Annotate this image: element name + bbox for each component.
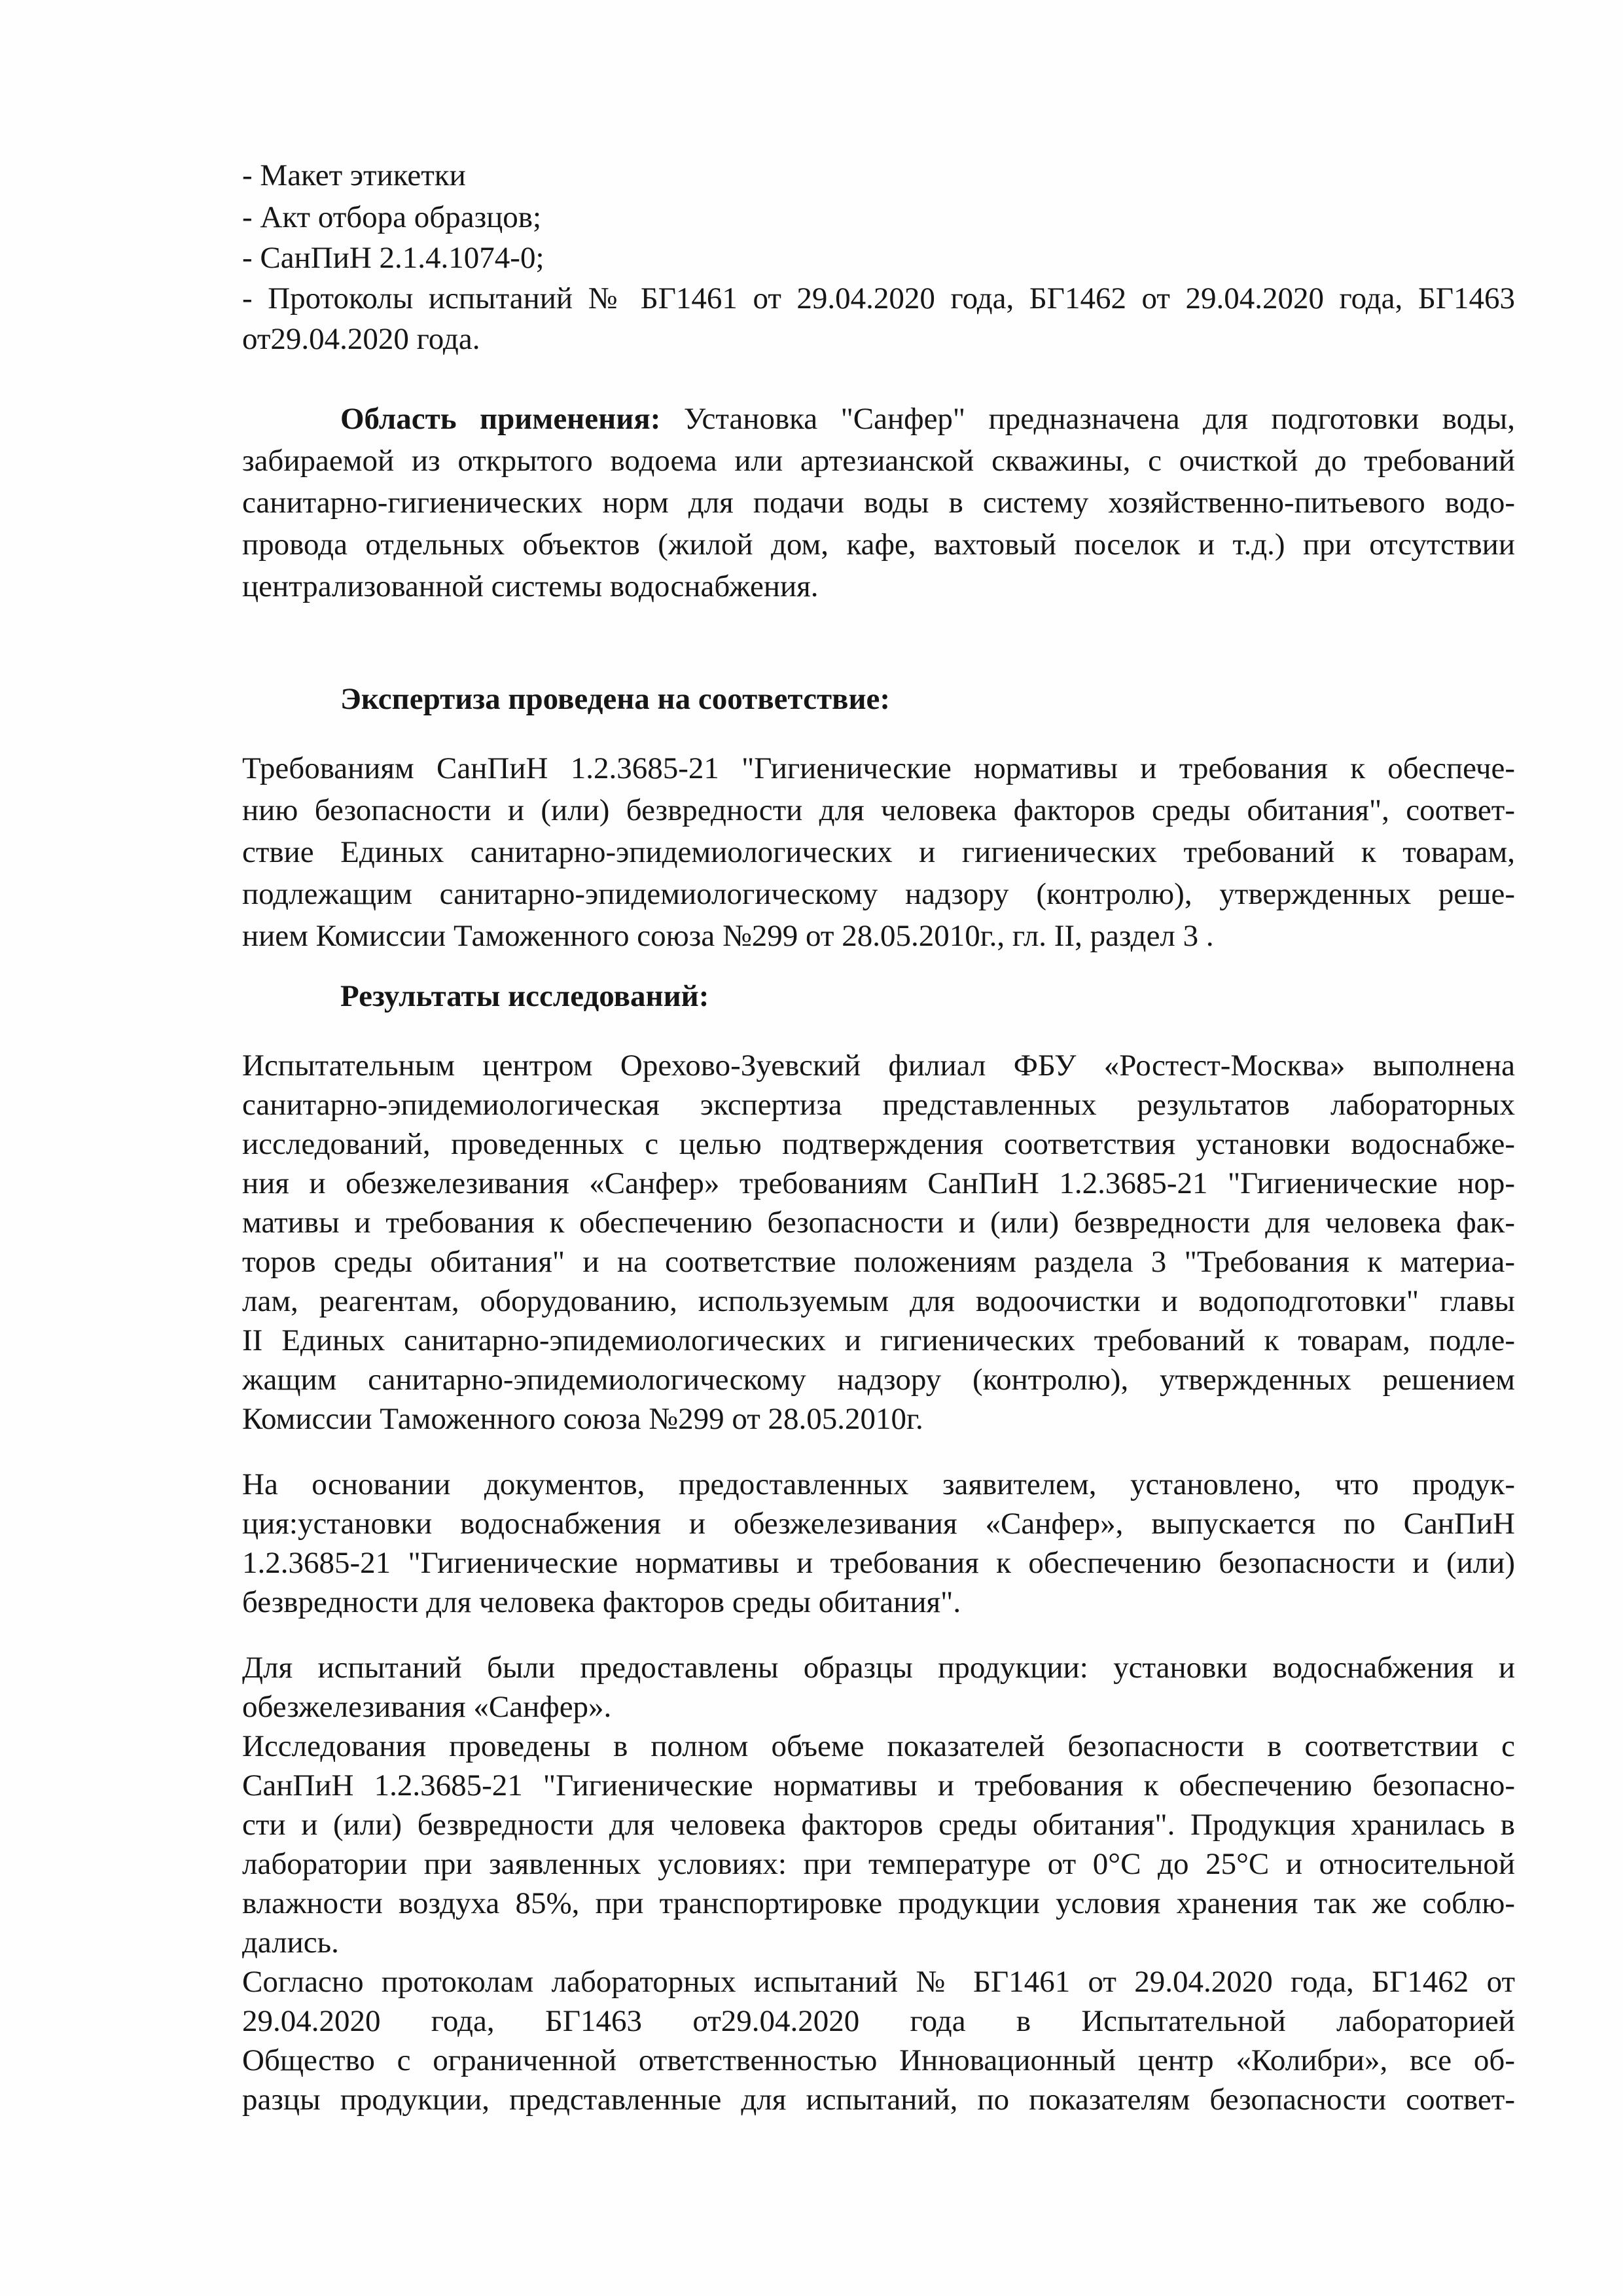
compliance-line: нием Комиссии Таможенного союза №299 от … [242,918,1515,954]
scope-line: забираемой из открытого водоема или арте… [242,442,1515,479]
results-p3-line: 29.04.2020 года, БГ1463 от29.04.2020 год… [242,2003,1515,2039]
results-p1-line: Испытательным центром Орехово-Зуевский ф… [242,1047,1515,1084]
results-p1-line: II Единых санитарно-эпидемиологических и… [242,1322,1515,1359]
results-p3-line: Общество с ограниченной ответственностью… [242,2042,1515,2079]
results-heading: Результаты исследований: [340,978,709,1014]
scope-label: Область применения: [340,402,660,436]
compliance-line: Требованиям СанПиН 1.2.3685-21 "Гигиенич… [242,750,1515,787]
results-p3-line: Согласно протоколам лабораторных испытан… [242,1964,1515,2000]
compliance-line: нию безопасности и (или) безвредности дл… [242,792,1515,829]
results-p2-line: ция:установки водоснабжения и обезжелези… [242,1505,1515,1542]
results-p3-line: Для испытаний были предоставлены образцы… [242,1649,1515,1686]
results-p3-line: сти и (или) безвредности для человека фа… [242,1806,1515,1843]
results-p3-line: разцы продукции, представленные для испы… [242,2081,1515,2118]
scope-text: Установка "Санфер" предназначена для под… [660,402,1515,436]
results-p1-line: Комиссии Таможенного союза №299 от 28.05… [242,1401,1515,1437]
compliance-heading: Экспертиза проведена на соответствие: [340,681,890,717]
results-p3-line: влажности воздуха 85%, при транспортиров… [242,1885,1515,1922]
results-p2-line: безвредности для человека факторов среды… [242,1584,1515,1621]
results-p1-line: жащим санитарно-эпидемиологическому надз… [242,1361,1515,1398]
document-page: - Макет этикетки - Акт отбора образцов; … [0,0,1623,2296]
results-p3-line: дались. [242,1924,1515,1961]
results-p3-line: СанПиН 1.2.3685-21 "Гигиенические нормат… [242,1767,1515,1804]
scope-first-line: Область применения: Установка "Санфер" п… [340,401,1515,437]
results-p1-line: ния и обезжелезивания «Санфер» требовани… [242,1165,1515,1202]
results-p2-line: 1.2.3685-21 "Гигиенические нормативы и т… [242,1545,1515,1581]
scope-line: централизованной системы водоснабжения. [242,568,1515,605]
results-p3-line: обезжелезивания «Санфер». [242,1689,1515,1725]
results-p1-line: мативы и требования к обеспечению безопа… [242,1204,1515,1241]
scope-line: провода отдельных объектов (жилой дом, к… [242,526,1515,563]
results-p1-line: лам, реагентам, оборудованию, используем… [242,1283,1515,1319]
results-p3-line: лаборатории при заявленных условиях: при… [242,1846,1515,1882]
list-item-continuation: от29.04.2020 года. [242,321,480,357]
compliance-line: ствие Единых санитарно-эпидемиологически… [242,834,1515,870]
list-item-sanpin: - СанПиН 2.1.4.1074-0; [242,240,544,276]
scope-line: санитарно-гигиенических норм для подачи … [242,484,1515,521]
results-p3-line: Исследования проведены в полном объеме п… [242,1728,1515,1765]
results-p2-line: На основании документов, предоставленных… [242,1466,1515,1503]
list-item-test-protocols: - Протоколы испытаний № БГ1461 от 29.04.… [242,280,1515,317]
results-p1-line: торов среды обитания" и на соответствие … [242,1244,1515,1280]
results-p1-line: исследований, проведенных с целью подтве… [242,1126,1515,1162]
list-item-sampling-act: - Акт отбора образцов; [242,199,541,236]
results-p1-line: санитарно-эпидемиологическая экспертиза … [242,1086,1515,1123]
list-item-label-layout: - Макет этикетки [242,157,466,194]
compliance-line: подлежащим санитарно-эпидемиологическому… [242,876,1515,912]
